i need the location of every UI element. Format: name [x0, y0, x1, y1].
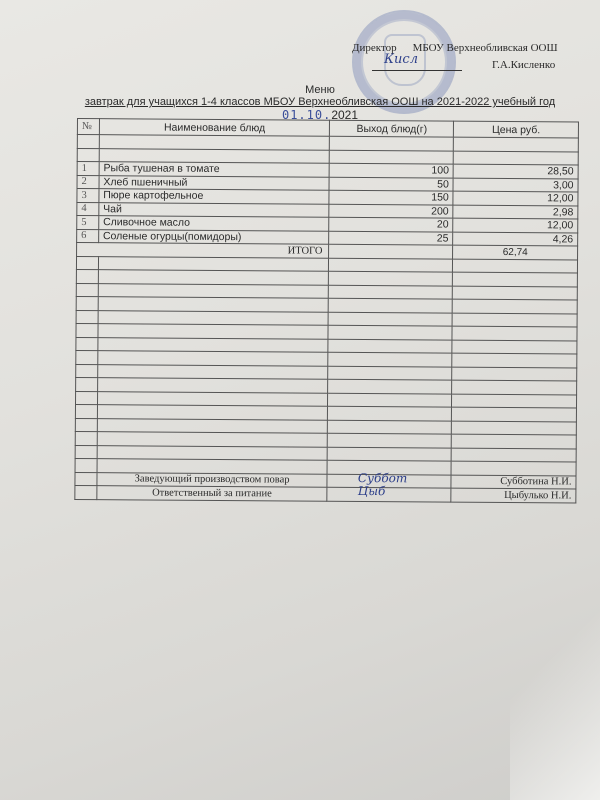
dish-price: 2,98: [453, 205, 578, 219]
footer-signature: Цыб: [358, 484, 386, 498]
footer-blank: [75, 485, 97, 499]
document-subtitle: завтрак для учащихся 1-4 классов МБОУ Ве…: [0, 96, 600, 108]
approval-block: Директор МБОУ Верхнеобливская ООШ Кисл Г…: [352, 42, 558, 71]
row-number: 6: [77, 229, 99, 243]
dish-price: 12,00: [453, 191, 578, 205]
dish-output: 150: [329, 190, 453, 204]
column-header-name: Наименование блюд: [99, 119, 330, 137]
dish-output: 200: [329, 204, 453, 218]
dish-output: 25: [329, 231, 453, 245]
document-title: Меню: [0, 84, 600, 96]
dish-output: 100: [330, 163, 454, 177]
footer-signature-cell: Цыб: [327, 487, 451, 501]
approval-organization: МБОУ Верхнеобливская ООШ: [413, 42, 558, 54]
footer-signature-cell: Суббот: [327, 474, 451, 488]
director-name: Г.А.Кисленко: [492, 59, 555, 71]
dish-price: 28,50: [453, 164, 578, 178]
footer-role: Ответственный за питание: [97, 486, 328, 501]
row-number: 5: [77, 216, 99, 230]
column-header-output: Выход блюд(г): [330, 120, 454, 137]
dish-output: 20: [329, 217, 453, 231]
dish-price: 4,26: [453, 232, 578, 246]
total-output: [329, 244, 453, 258]
column-header-number: №: [77, 119, 99, 135]
row-number: 4: [77, 202, 99, 216]
director-signature-line: Кисл: [372, 58, 462, 71]
row-number: 3: [77, 189, 99, 203]
dish-name: Соленые огурцы(помидоры): [98, 229, 329, 244]
row-number: 1: [77, 162, 99, 176]
dish-price: 12,00: [453, 218, 578, 232]
footer-blank: [75, 472, 97, 486]
signature-row: Ответственный за питаниеЦыбЦыбулько Н.И.: [75, 485, 576, 502]
column-header-price: Цена руб.: [454, 121, 579, 138]
footer-signature: Суббот: [358, 470, 408, 484]
menu-table: № Наименование блюд Выход блюд(г) Цена р…: [74, 118, 579, 503]
total-value: 62,74: [453, 245, 578, 259]
row-number: 2: [77, 175, 99, 189]
dish-name: Сливочное масло: [99, 216, 330, 231]
dish-name: Рыба тушеная в томате: [99, 162, 330, 177]
dish-name: Пюре картофельное: [99, 189, 330, 204]
dish-name: Хлеб пшеничный: [99, 175, 330, 190]
director-signature: Кисл: [384, 52, 418, 67]
dish-price: 3,00: [453, 178, 578, 192]
dish-output: 50: [329, 177, 453, 191]
footer-name: Цыбулько Н.И.: [451, 488, 576, 502]
paper-shade: [510, 570, 600, 800]
footer-name: Субботина Н.И.: [451, 475, 576, 489]
